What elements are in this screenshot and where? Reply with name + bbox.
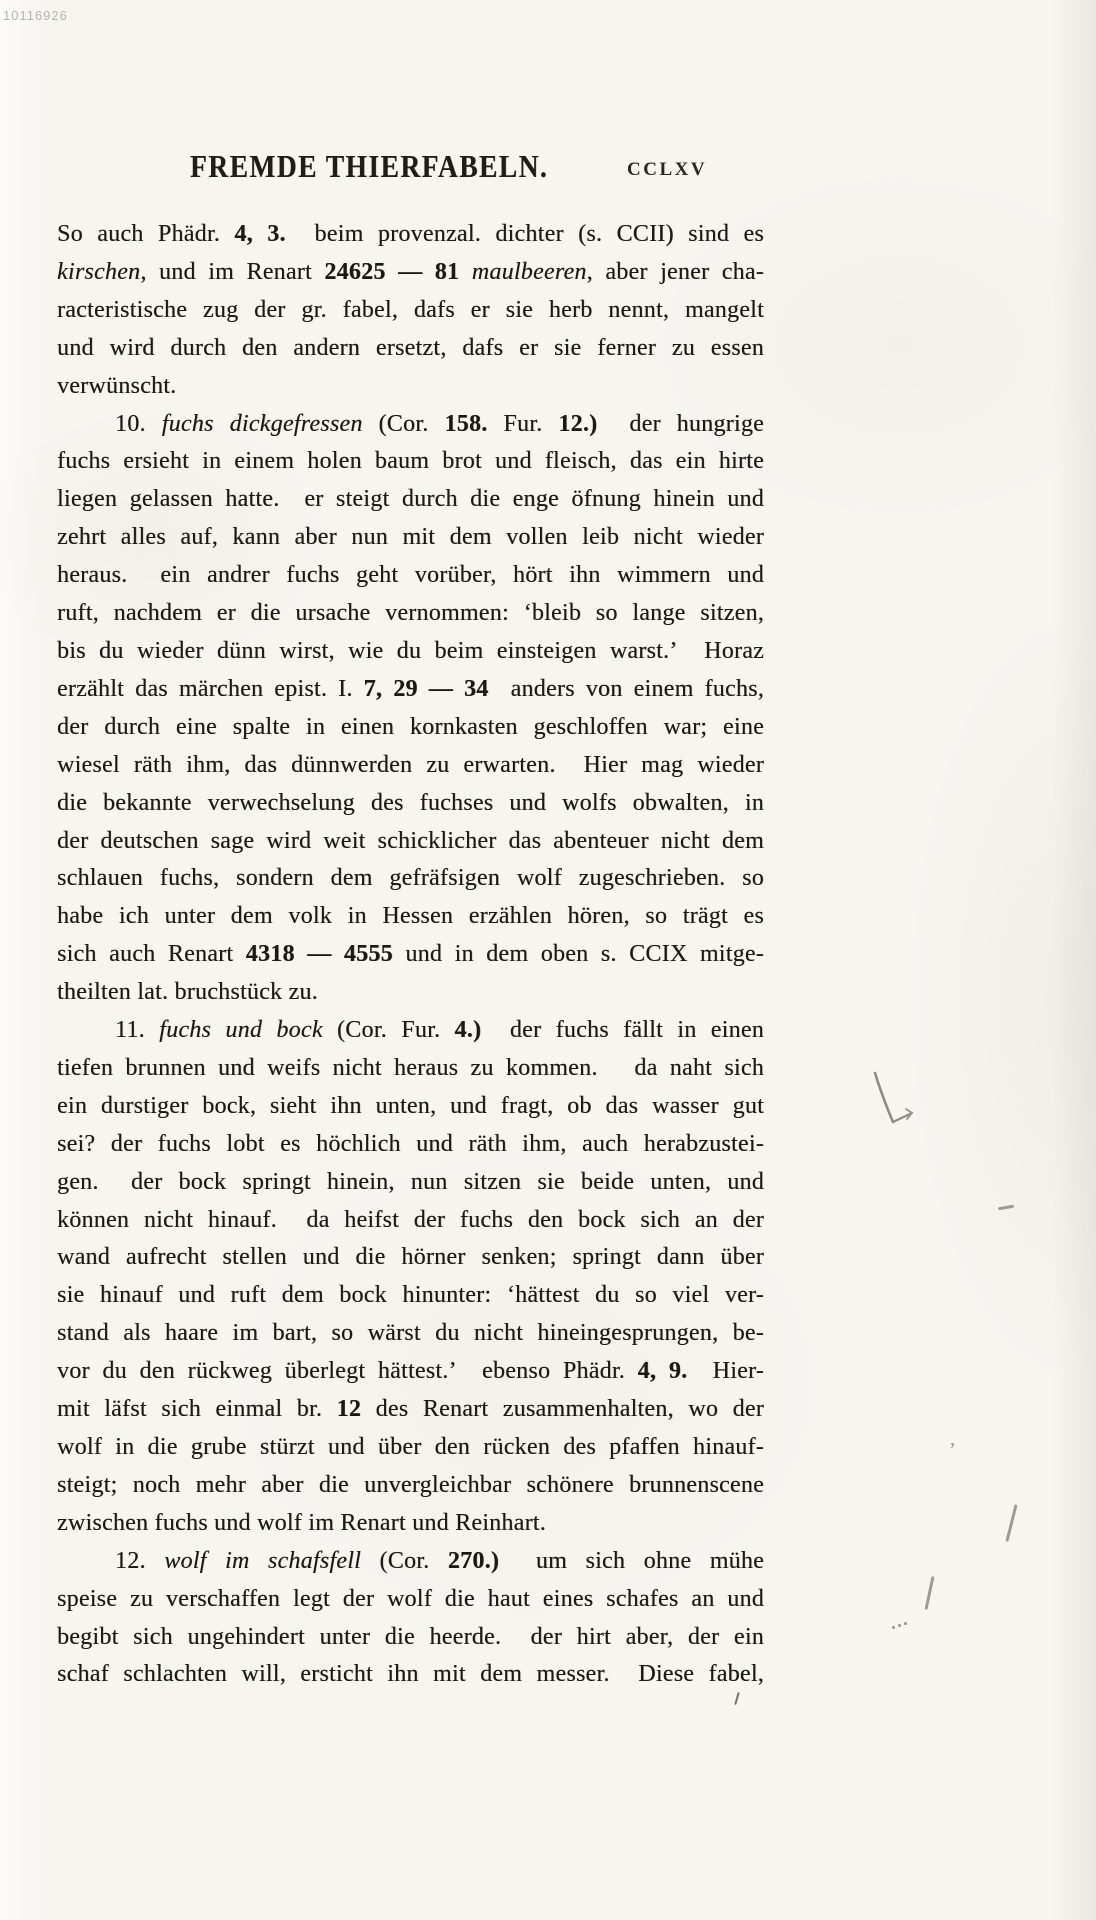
paragraph: So auch Phädr. 4, 3. beim provenzal. dic… <box>57 216 764 406</box>
text-line: theilten lat. bruchstück zu. <box>57 974 764 1012</box>
text-line: sie hinauf und ruft dem bock hinunter: ‘… <box>57 1277 764 1315</box>
text-line: bis du wieder dünn wirst, wie du beim ei… <box>57 633 764 671</box>
page-title: FREMDE THIERFABELN. <box>190 150 548 186</box>
text-line: zehrt alles auf, kann aber nun mit dem v… <box>57 519 764 557</box>
pencil-comma-icon: , <box>950 1428 955 1451</box>
text-line: wolf in die grube stürzt und über den rü… <box>57 1429 764 1467</box>
text-line: ruft, nachdem er die ursache vernommen: … <box>57 595 764 633</box>
text-line: wand aufrecht stellen und die hörner sen… <box>57 1239 764 1277</box>
text-line: gen. der bock springt hinein, nun sitzen… <box>57 1164 764 1202</box>
text-line: tiefen brunnen und weifs nicht heraus zu… <box>57 1050 764 1088</box>
text-line: stand als haare im bart, so wärst du nic… <box>57 1315 764 1353</box>
text-line: die bekannte verwechselung des fuchses u… <box>57 785 764 823</box>
text-line: So auch Phädr. 4, 3. beim provenzal. dic… <box>57 216 764 254</box>
pencil-check-mark-icon <box>865 1068 927 1140</box>
pencil-stroke-icon <box>924 1576 934 1610</box>
text-line: 12. wolf im schafsfell (Cor. 270.) um si… <box>57 1543 764 1581</box>
text-line: 11. fuchs und bock (Cor. Fur. 4.) der fu… <box>57 1012 764 1050</box>
text-line: speise zu verschaffen legt der wolf die … <box>57 1581 764 1619</box>
text-line: 10. fuchs dickgefressen (Cor. 158. Fur. … <box>57 406 764 444</box>
text-line: schaf schlachten will, ersticht ihn mit … <box>57 1656 764 1694</box>
text-line: mit läfst sich einmal br. 12 des Renart … <box>57 1391 764 1429</box>
text-line: schlauen fuchs, sondern dem gefräfsigen … <box>57 860 764 898</box>
text-block: So auch Phädr. 4, 3. beim provenzal. dic… <box>57 216 764 1694</box>
text-line: zwischen fuchs und wolf im Renart und Re… <box>57 1505 764 1543</box>
text-line: heraus. ein andrer fuchs geht vorüber, h… <box>57 557 764 595</box>
text-line: ein durstiger bock, sieht ihn unten, und… <box>57 1088 764 1126</box>
text-line: kirschen, und im Renart 24625 — 81 maulb… <box>57 254 764 292</box>
text-line: der durch eine spalte in einen kornkaste… <box>57 709 764 747</box>
pencil-stroke-icon <box>1005 1504 1017 1541</box>
text-line: verwünscht. <box>57 368 764 406</box>
text-line: fuchs ersieht in einem holen baum brot u… <box>57 443 764 481</box>
text-line: können nicht hinauf. da heifst der fuchs… <box>57 1202 764 1240</box>
scan-stamp: 10116926 <box>3 8 68 23</box>
page-number: CCLXV <box>627 159 707 181</box>
pencil-dash-icon <box>998 1205 1014 1210</box>
text-line: vor du den rückweg überlegt hättest.’ eb… <box>57 1353 764 1391</box>
paragraph: 11. fuchs und bock (Cor. Fur. 4.) der fu… <box>57 1012 764 1543</box>
text-line: erzählt das märchen epist. I. 7, 29 — 34… <box>57 671 764 709</box>
text-line: steigt; noch mehr aber die unvergleichba… <box>57 1467 764 1505</box>
text-line: sich auch Renart 4318 — 4555 und in dem … <box>57 936 764 974</box>
text-line: habe ich unter dem volk in Hessen erzähl… <box>57 898 764 936</box>
book-page: 10116926 FREMDE THIERFABELN. CCLXV So au… <box>0 0 1096 1920</box>
text-line: und wird durch den andern ersetzt, dafs … <box>57 330 764 368</box>
pencil-dots-icon <box>892 1626 895 1629</box>
text-line: der deutschen sage wird weit schickliche… <box>57 823 764 861</box>
paragraph: 10. fuchs dickgefressen (Cor. 158. Fur. … <box>57 406 764 1013</box>
text-line: liegen gelassen hatte. er steigt durch d… <box>57 481 764 519</box>
paragraph: 12. wolf im schafsfell (Cor. 270.) um si… <box>57 1543 764 1695</box>
text-line: wiesel räth ihm, das dünnwerden zu erwar… <box>57 747 764 785</box>
text-line: begibt sich ungehindert unter die heerde… <box>57 1619 764 1657</box>
text-line: sei? der fuchs lobt es höchlich und räth… <box>57 1126 764 1164</box>
text-line: racteristische zug der gr. fabel, dafs e… <box>57 292 764 330</box>
